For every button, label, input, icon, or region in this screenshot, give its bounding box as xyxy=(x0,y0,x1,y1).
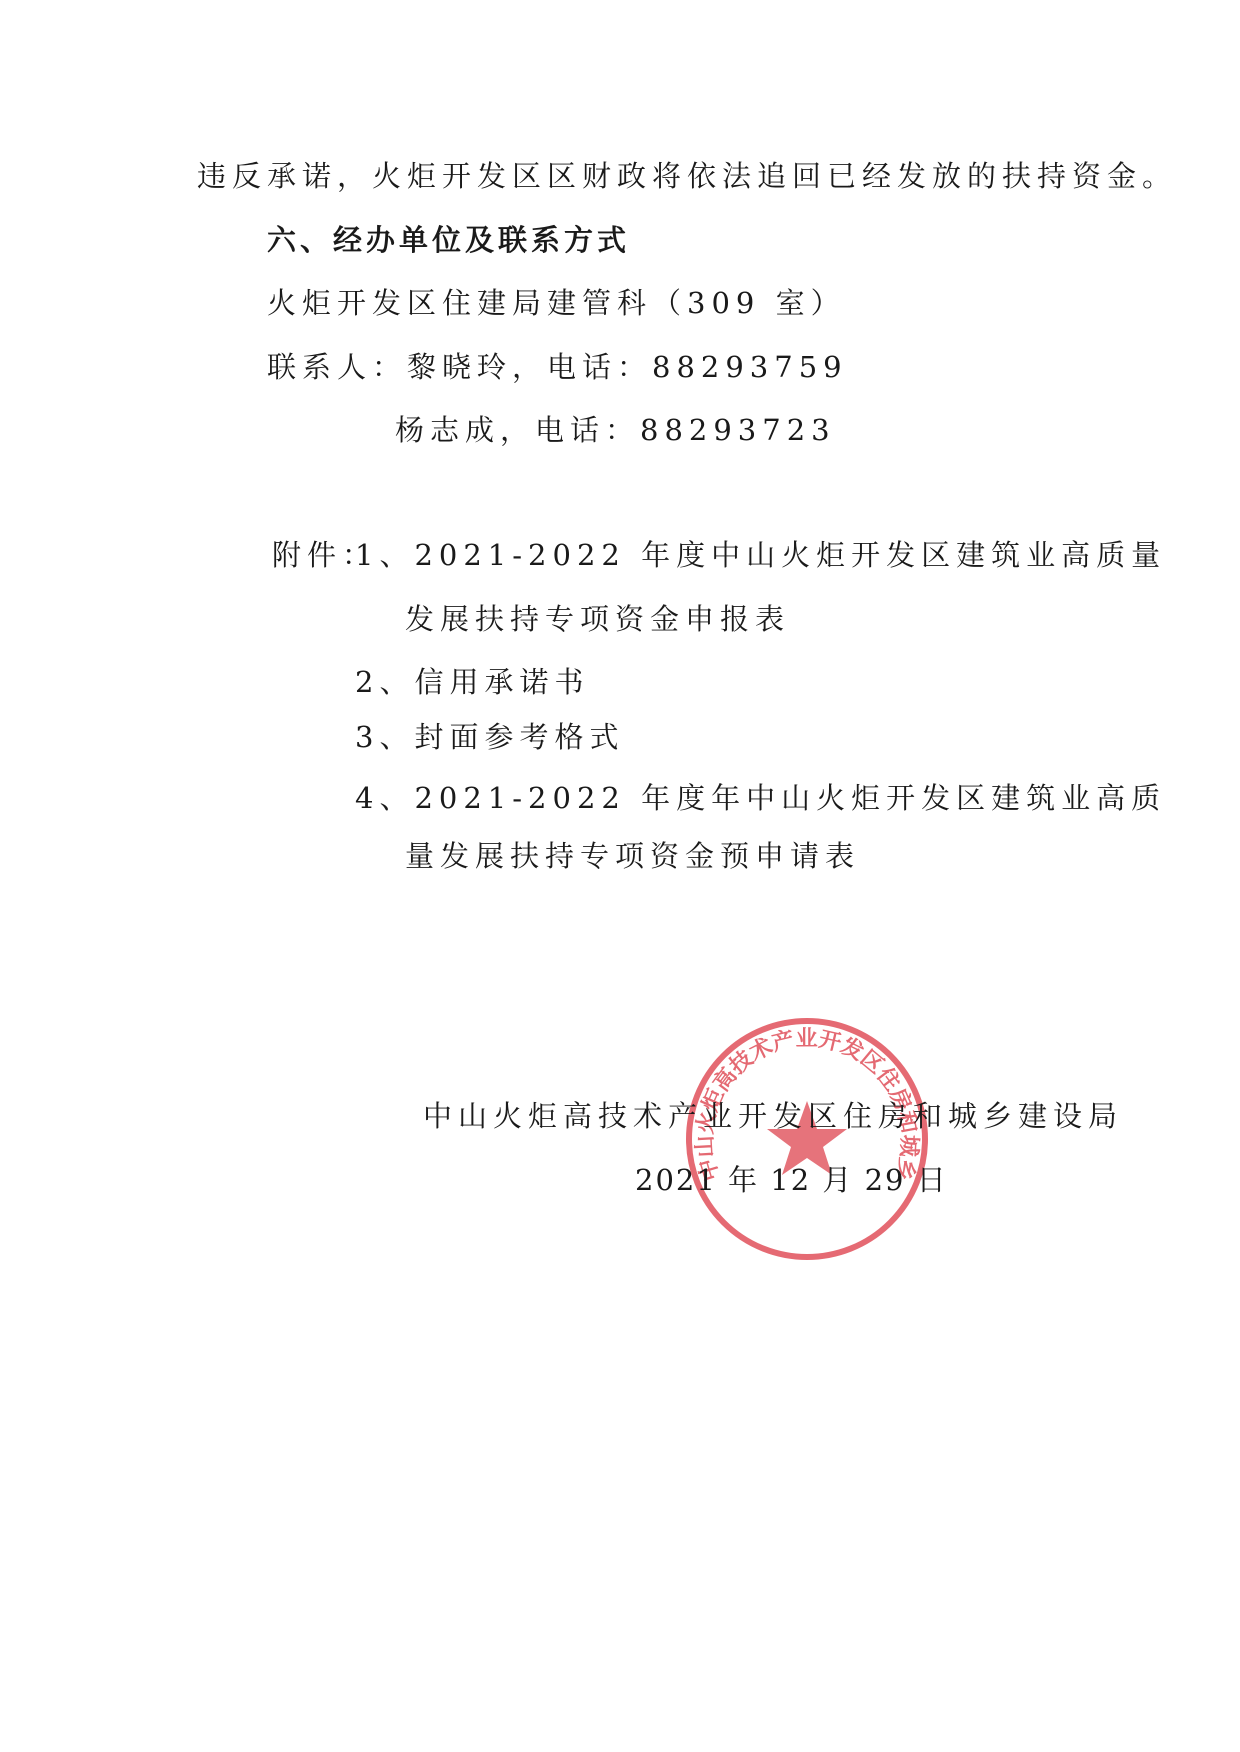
issuer-organization: 中山火炬高技术产业开发区住房和城乡建设局 xyxy=(423,1098,1123,1134)
official-seal-icon: 中山火炬高技术产业开发区住房和城乡建设局 xyxy=(683,1015,931,1263)
attachment-item-1: 1、2021-2022 年度中山火炬开发区建筑业高质量 xyxy=(355,537,1166,573)
office-line: 火炬开发区住建局建管科（309 室） xyxy=(267,285,846,321)
paragraph-end: 违反承诺，火炬开发区区财政将依法追回已经发放的扶持资金。 xyxy=(197,158,1177,194)
attachment-item-4: 4、2021-2022 年度年中山火炬开发区建筑业高质 xyxy=(355,780,1166,816)
contact-line-1: 联系人：黎晓玲，电话：88293759 xyxy=(267,349,848,385)
attachment-item-2: 2、信用承诺书 xyxy=(355,664,589,700)
issue-date: 2021 年 12 月 29 日 xyxy=(635,1162,948,1198)
attachment-item-3: 3、封面参考格式 xyxy=(355,719,624,755)
section-heading: 六、经办单位及联系方式 xyxy=(267,222,630,258)
attachment-item-1-cont: 发展扶持专项资金申报表 xyxy=(405,601,790,637)
contact-line-2: 杨志成，电话：88293723 xyxy=(395,412,836,448)
attachment-item-4-cont: 量发展扶持专项资金预申请表 xyxy=(405,838,860,874)
